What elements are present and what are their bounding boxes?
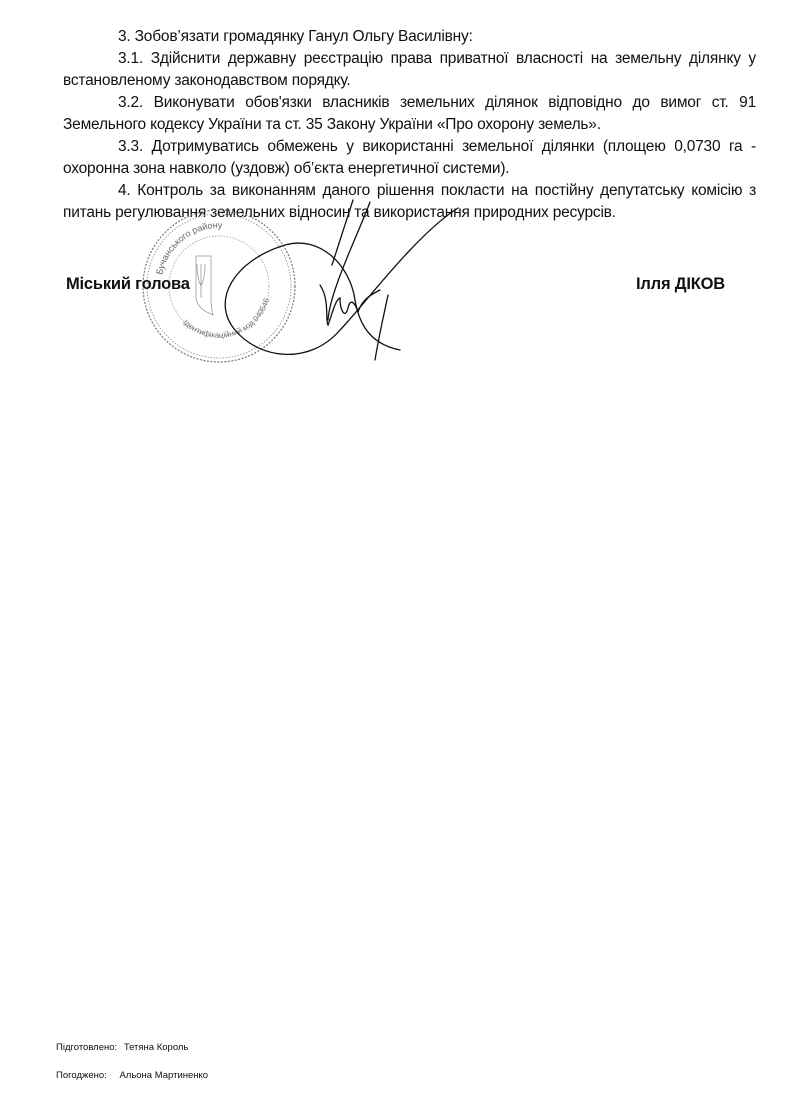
document-page: 3. Зобов’язати громадянку Ганул Ольгу Ва… bbox=[0, 0, 800, 1119]
handwritten-signature bbox=[200, 190, 500, 390]
signatory-title: Міський голова bbox=[66, 275, 190, 294]
paragraph-3-1: 3.1. Здійснити державну реєстрацію права… bbox=[63, 48, 756, 92]
agreed-by: Погоджено: Альона Мартиненко bbox=[56, 1070, 208, 1081]
prepared-by: Підготовлено: Тетяна Король bbox=[56, 1042, 188, 1053]
paragraph-3-2: 3.2. Виконувати обов'язки власників земе… bbox=[63, 92, 756, 136]
paragraph-3-3: 3.3. Дотримуватись обмежень у використан… bbox=[63, 136, 756, 180]
prepared-label: Підготовлено: bbox=[56, 1042, 117, 1053]
agreed-label: Погоджено: bbox=[56, 1070, 107, 1081]
signatory-name: Ілля ДІКОВ bbox=[636, 275, 725, 294]
agreed-value: Альона Мартиненко bbox=[119, 1070, 208, 1081]
paragraph-3: 3. Зобов’язати громадянку Ганул Ольгу Ва… bbox=[63, 26, 756, 48]
prepared-value: Тетяна Король bbox=[124, 1042, 189, 1053]
